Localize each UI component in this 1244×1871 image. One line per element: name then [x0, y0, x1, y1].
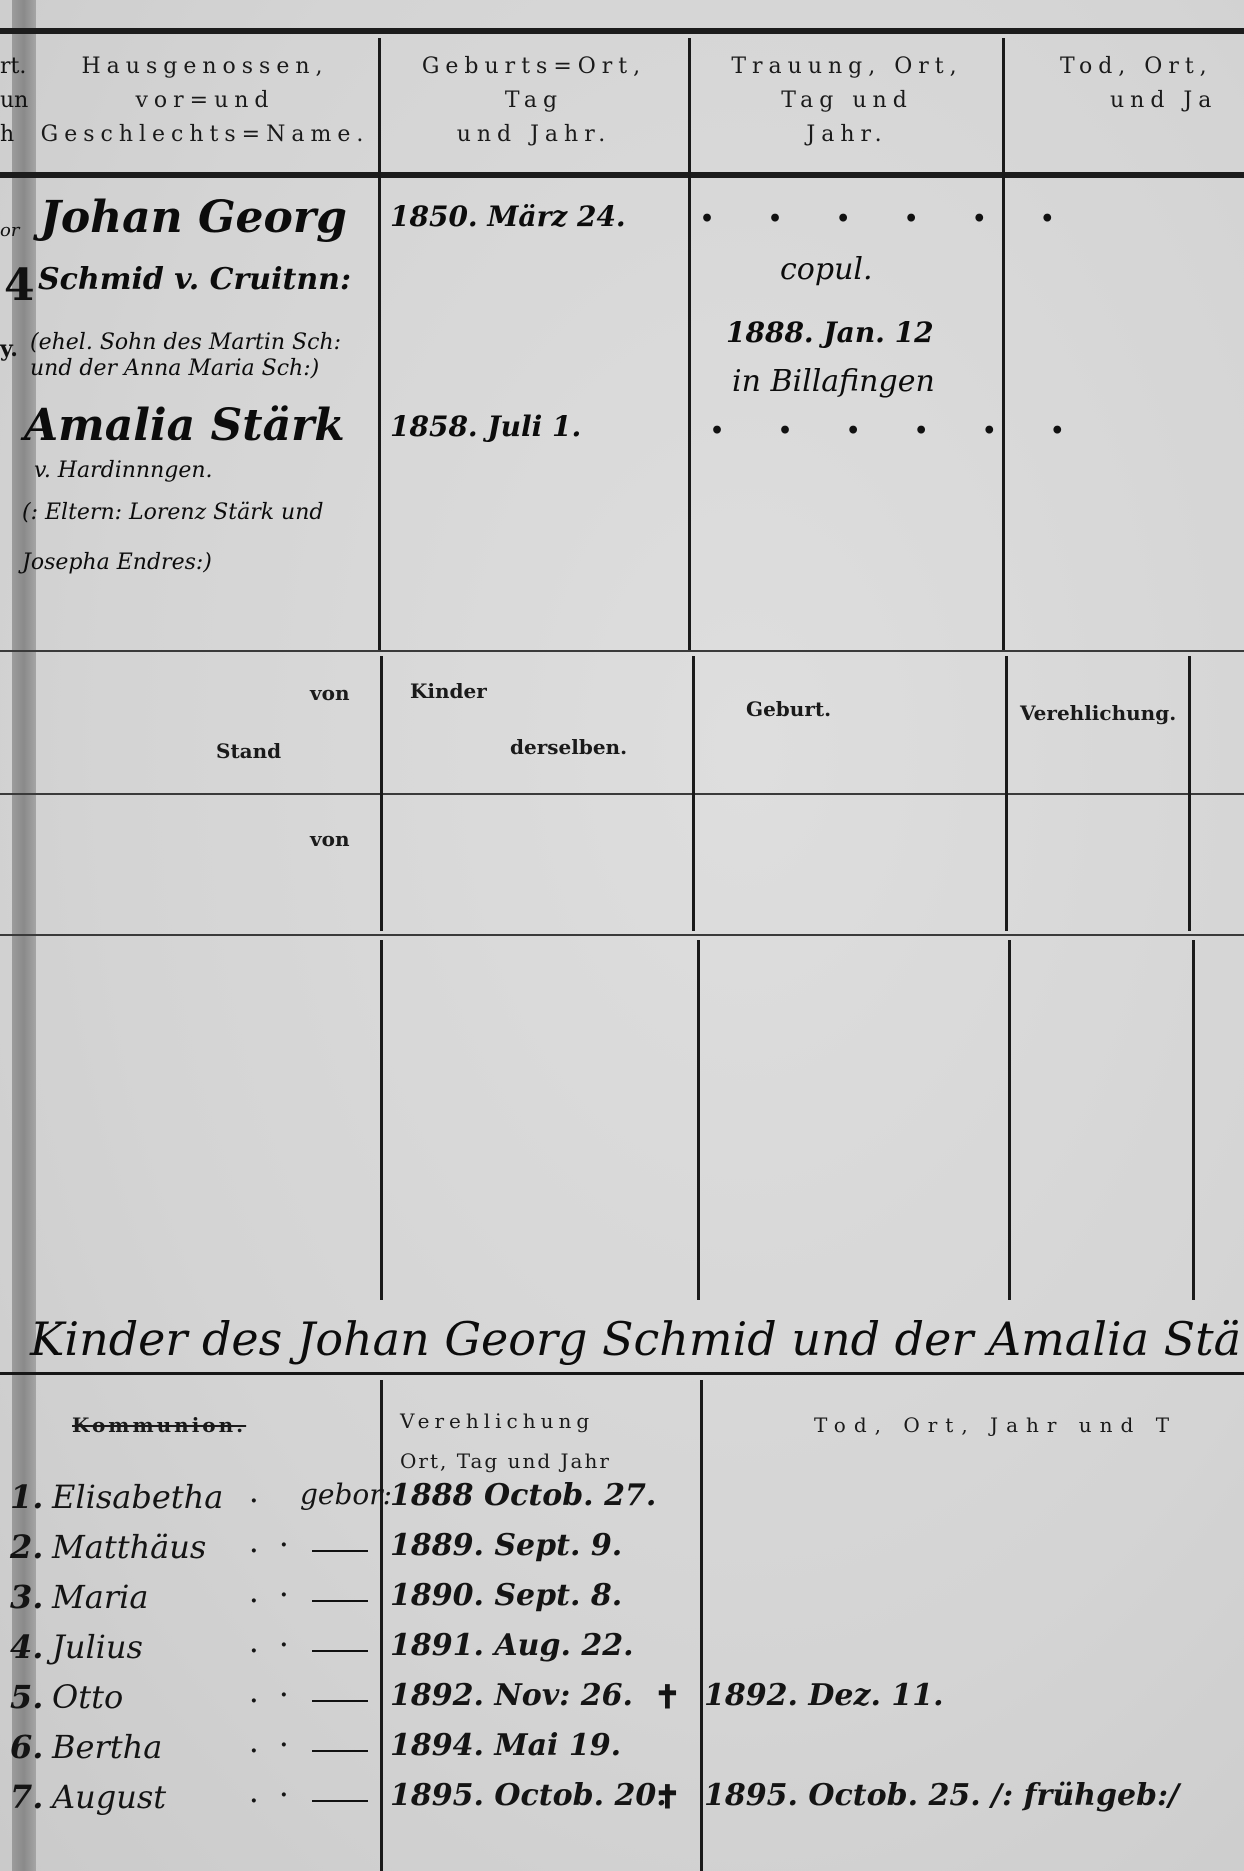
- child-name: Maria: [52, 1578, 148, 1616]
- filler-dot: ·: [250, 1638, 258, 1664]
- child-row: 3.Maria··1890. Sept. 8.: [0, 1578, 1244, 1626]
- child-number: 5.: [10, 1678, 43, 1716]
- lower-divider-1: [380, 940, 383, 1300]
- filler-dot: ·: [250, 1588, 258, 1614]
- child-birth-date: 1894. Mai 19.: [390, 1728, 621, 1763]
- filler-dot: ·: [280, 1732, 288, 1758]
- child-number: 3.: [10, 1578, 43, 1616]
- child-name: Bertha: [52, 1728, 162, 1766]
- col-header-tod: Tod, Ort, Jahr und T: [814, 1408, 1177, 1442]
- col-divider-1: [378, 38, 381, 650]
- header-col-trauung: Trauung, Ort, Tag und Jahr.: [694, 50, 1000, 152]
- death-cross-icon: ✝: [654, 1778, 681, 1816]
- filler-dot: ·: [250, 1738, 258, 1764]
- label-von-1: von: [310, 676, 350, 710]
- filler-dot: ·: [280, 1782, 288, 1808]
- child-number: 1.: [10, 1478, 43, 1516]
- lower-divider-3: [1008, 940, 1011, 1300]
- section2-divider-2: [692, 656, 695, 931]
- filler-dot: ·: [250, 1788, 258, 1814]
- child-name: Julius: [52, 1628, 143, 1666]
- ditto-dash: [312, 1800, 368, 1802]
- child-row: 2.Matthäus··1889. Sept. 9.: [0, 1528, 1244, 1576]
- child-number: 7.: [10, 1778, 43, 1816]
- margin-fragment: un: [0, 88, 28, 113]
- label-derselben: derselben.: [510, 730, 627, 764]
- child-death-date: 1892. Dez. 11.: [704, 1678, 944, 1713]
- child-row: 4.Julius··1891. Aug. 22.: [0, 1628, 1244, 1676]
- child-birth-date: 1891. Aug. 22.: [390, 1628, 634, 1663]
- child-row: 5.Otto··1892. Nov: 26.✝1892. Dez. 11.: [0, 1678, 1244, 1726]
- label-von-2: von: [310, 822, 350, 856]
- marriage-label: copul.: [780, 252, 873, 287]
- margin-fragment: h: [0, 122, 14, 147]
- col-divider-2: [688, 38, 691, 650]
- filler-dot: ·: [280, 1632, 288, 1658]
- label-kinder: Kinder: [410, 674, 487, 708]
- wife-parents-2: Josepha Endres:): [22, 550, 212, 575]
- ditto-dash: [312, 1600, 368, 1602]
- child-birth-date: 1892. Nov: 26.: [390, 1678, 633, 1713]
- husband-birth-date: 1850. März 24.: [390, 200, 626, 233]
- filler-dot: ·: [280, 1532, 288, 1558]
- section2-mid-rule: [0, 793, 1244, 795]
- label-geburt: Geburt.: [746, 692, 831, 726]
- col-divider-3: [1002, 38, 1005, 650]
- label-verehlichung: Verehlichung.: [1020, 696, 1176, 730]
- header-col-geburt: Geburts=Ort, Tag und Jahr.: [384, 50, 684, 152]
- child-birth-date: 1889. Sept. 9.: [390, 1528, 622, 1563]
- child-name: August: [52, 1778, 166, 1816]
- header-bottom-rule: [0, 172, 1244, 178]
- husband-parents-1: (ehel. Sohn des Martin Sch:: [30, 330, 341, 355]
- wife-birth-date: 1858. Juli 1.: [390, 410, 581, 443]
- child-birth-date: 1895. Octob. 20.: [390, 1778, 667, 1813]
- filler-dot: ·: [280, 1682, 288, 1708]
- children-heading-rule: [0, 1372, 1244, 1375]
- filler-dot: ·: [280, 1582, 288, 1608]
- section2-divider-4: [1188, 656, 1191, 931]
- ditto-dash: [312, 1750, 368, 1752]
- col-header-kommunion-struck: Kommunion.: [72, 1408, 246, 1442]
- wife-origin: v. Hardinnngen.: [34, 458, 213, 483]
- child-name: Matthäus: [52, 1528, 206, 1566]
- col-header-ort-tag-jahr: Ort, Tag und Jahr: [400, 1444, 611, 1478]
- geboren-label: gebor:: [300, 1478, 392, 1511]
- margin-fragment: rt.: [0, 54, 26, 79]
- header-top-rule: [0, 28, 1244, 34]
- wife-name: Amalia Stärk: [24, 400, 345, 451]
- marriage-date: 1888. Jan. 12: [726, 316, 934, 349]
- filler-dot: ·: [250, 1688, 258, 1714]
- child-number: 6.: [10, 1728, 43, 1766]
- marriage-place: in Billafingen: [732, 364, 935, 399]
- child-row: 1.Elisabetha·gebor:1888 Octob. 27.: [0, 1478, 1244, 1526]
- section2-divider-1: [380, 656, 383, 931]
- section2-bottom-rule: [0, 934, 1244, 936]
- husband-name: Johan Georg: [40, 192, 347, 243]
- filler-dots: ••••••: [700, 206, 1108, 232]
- section2-divider-3: [1005, 656, 1008, 931]
- ditto-dash: [312, 1650, 368, 1652]
- husband-surname-origin: Schmid v. Cruitnn:: [38, 262, 351, 297]
- children-heading: Kinder des Johan Georg Schmid und der Am…: [30, 1312, 1244, 1366]
- child-death-date: 1895. Octob. 25. /: frühgeb:/: [704, 1778, 1179, 1813]
- death-cross-icon: ✝: [654, 1678, 681, 1716]
- section2-top-rule: [0, 650, 1244, 652]
- child-name: Elisabetha: [52, 1478, 223, 1516]
- lower-divider-2: [697, 940, 700, 1300]
- lower-divider-4: [1192, 940, 1195, 1300]
- child-birth-date: 1888 Octob. 27.: [390, 1478, 656, 1513]
- child-number: 2.: [10, 1528, 43, 1566]
- header-col-hausgenossen: Hausgenossen, vor=und Geschlechts=Name.: [40, 50, 370, 152]
- header-col-tod: Tod, Ort, und Ja: [1030, 50, 1244, 118]
- filler-dots: ••••••: [710, 418, 1118, 444]
- wife-parents-1: (: Eltern: Lorenz Stärk und: [22, 500, 323, 525]
- child-row: 7.August··1895. Octob. 20.✝1895. Octob. …: [0, 1778, 1244, 1826]
- label-stand: Stand: [216, 734, 281, 768]
- child-number: 4.: [10, 1628, 43, 1666]
- ditto-dash: [312, 1700, 368, 1702]
- col-header-verehlichung: Verehlichung: [400, 1404, 594, 1438]
- register-page: Hausgenossen, vor=und Geschlechts=Name. …: [0, 0, 1244, 1871]
- margin-fragment: or: [0, 220, 19, 241]
- husband-parents-2: und der Anna Maria Sch:): [30, 356, 319, 381]
- margin-fragment: y.: [0, 336, 18, 362]
- ditto-dash: [312, 1550, 368, 1552]
- child-birth-date: 1890. Sept. 8.: [390, 1578, 622, 1613]
- filler-dot: ·: [250, 1488, 258, 1514]
- child-row: 6.Bertha··1894. Mai 19.: [0, 1728, 1244, 1776]
- child-name: Otto: [52, 1678, 123, 1716]
- filler-dot: ·: [250, 1538, 258, 1564]
- margin-fragment: 4: [4, 260, 35, 311]
